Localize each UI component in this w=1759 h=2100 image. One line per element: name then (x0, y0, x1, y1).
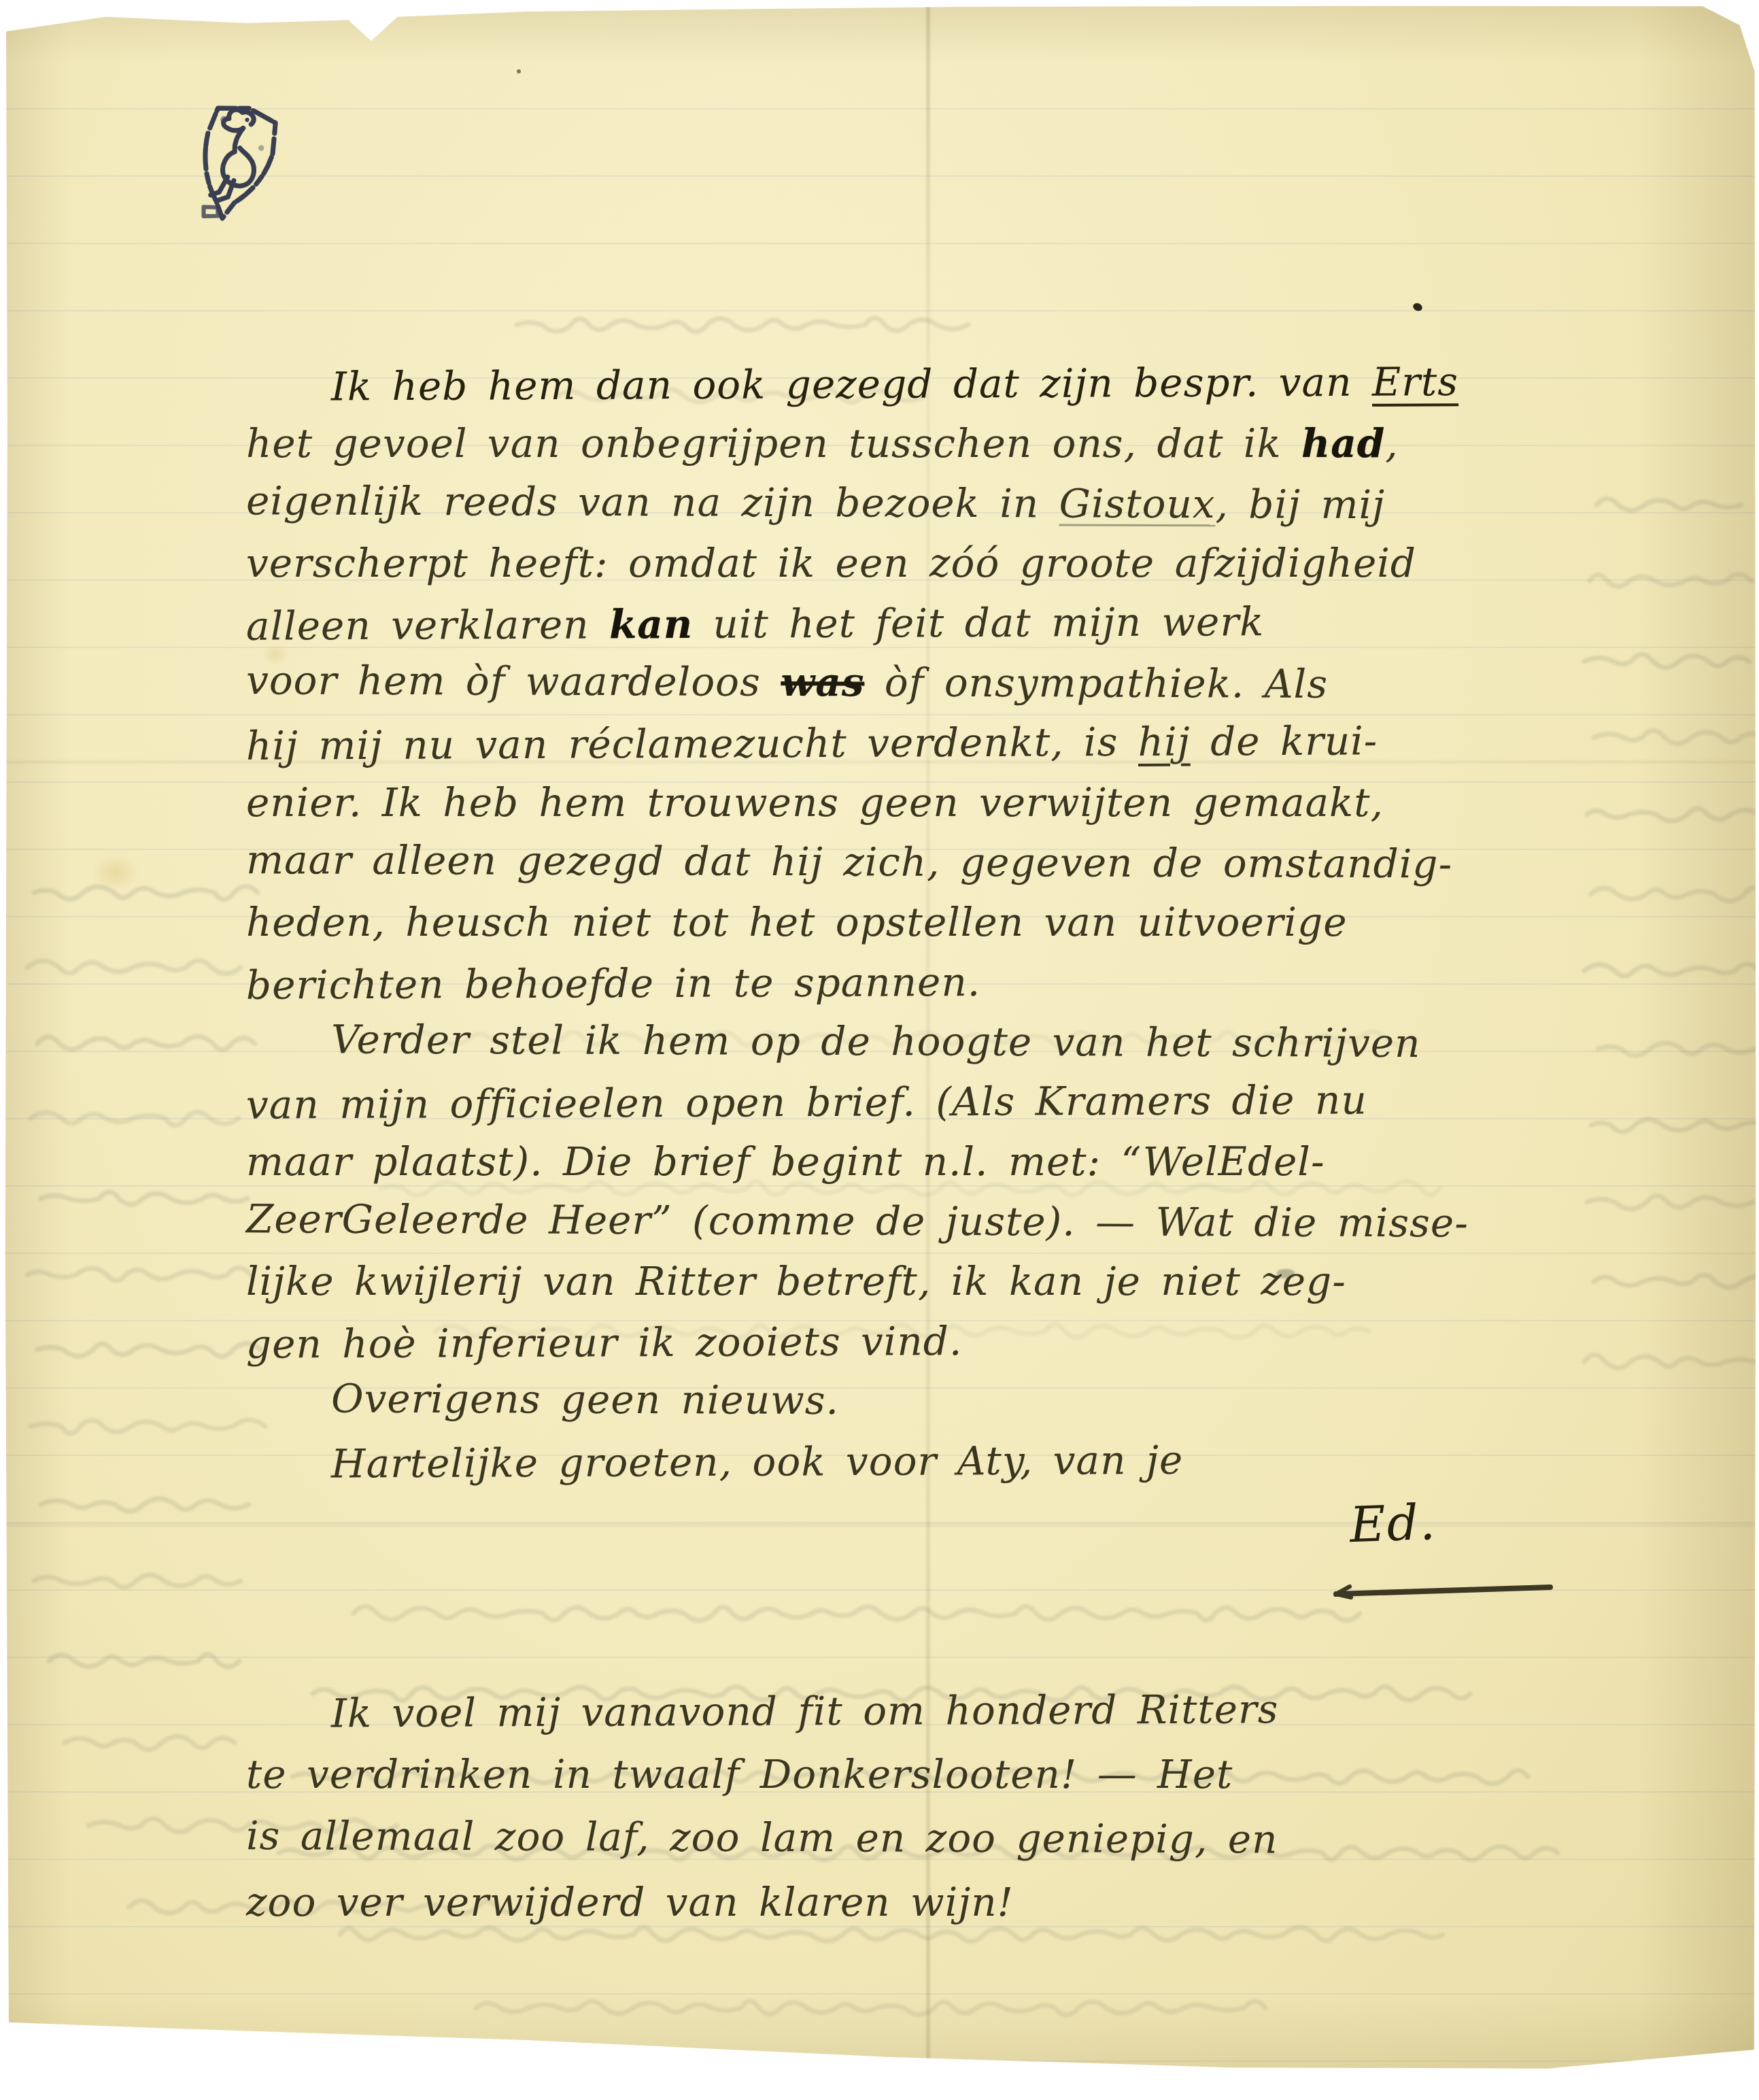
letter-line: hij mij nu van réclamezucht verdenkt, is… (246, 709, 1701, 775)
letter-text: maar alleen gezegd dat hij zich, gegeven… (246, 836, 1452, 887)
ink-bleedthrough-fragment (31, 1103, 235, 1140)
letter-text: Hartelijke groeten, ook voor Aty, van je (331, 1437, 1183, 1487)
ink-speck (1412, 302, 1423, 313)
letter-line: Overigens geen nieuws. (331, 1368, 1701, 1433)
letter-text: Ik heb hem dan ook gezegd dat zijn bespr… (331, 359, 1372, 410)
ink-bleedthrough-fragment (41, 1183, 231, 1221)
letter-text: Verder stel ik hem op de hoogte van het … (331, 1016, 1421, 1066)
emphasized-word: kan (609, 601, 693, 648)
signature-underline (1329, 1582, 1560, 1602)
letter-text: òf onsympathiek. Als (864, 659, 1328, 707)
ink-bleedthrough-fragment (31, 1411, 235, 1449)
letter-line: berichten behoefde in te spannen. (246, 949, 1701, 1015)
letter-line: alleen verklaren kan uit het feit dat mi… (246, 590, 1701, 656)
ink-bleedthrough-fragment (34, 1565, 238, 1603)
letter-postscript: Ik voel mij vanavond fit om honderd Ritt… (246, 1678, 1701, 1934)
letter-text: berichten behoefde in te spannen. (246, 959, 980, 1009)
letter-text: de krui- (1191, 717, 1378, 764)
letter-text: Overigens geen nieuws. (331, 1375, 839, 1423)
letter-text: uit het feit dat mijn werk (693, 598, 1265, 647)
letter-text: zoo ver verwijderd van klaren wijn! (246, 1879, 1014, 1925)
ink-bleedthrough-fragment (27, 1259, 231, 1297)
scanned-letter-page: { "letter": { "stamp": { "icon": "dodo-s… (0, 0, 1759, 2100)
letter-text: ZeerGeleerde Heer” (comme de juste). — W… (246, 1196, 1469, 1246)
letter-line: Ik voel mij vanavond fit om honderd Ritt… (331, 1676, 1701, 1746)
emphasized-word: Erts (1372, 358, 1458, 405)
ink-bleedthrough-fragment (41, 1489, 231, 1527)
letter-line: Hartelijke groeten, ook voor Aty, van je (331, 1428, 1701, 1494)
letter-line: is allemaal zoo laf, zoo lam en zoo geni… (246, 1803, 1701, 1872)
letter-line: te verdrinken in twaalf Donkerslooten! —… (246, 1742, 1701, 1806)
letter-line: maar alleen gezegd dat hij zich, gegeven… (246, 830, 1701, 894)
emphasized-word: Gistoux (1059, 480, 1216, 527)
letter-text: gen hoè inferieur ik zooiets vind. (246, 1318, 963, 1368)
letter-line: enier. Ik heb hem trouwens geen verwijte… (246, 773, 1701, 832)
letter-line: eigenlijk reeds van na zijn bezoek in Gi… (246, 471, 1701, 535)
letter-text: het gevoel van onbegrijpen tusschen ons,… (246, 420, 1301, 467)
emphasized-word: had (1301, 420, 1385, 467)
ink-speck (517, 69, 521, 73)
letter-line: Ik heb hem dan ook gezegd dat zijn bespr… (331, 351, 1701, 417)
letter-line: van mijn officieelen open brief. (Als Kr… (246, 1068, 1701, 1134)
letter-text: verscherpt heeft: omdat ik een zóó groot… (246, 540, 1416, 586)
ink-bleedthrough-fragment (37, 1334, 235, 1372)
letter-text: is allemaal zoo laf, zoo lam en zoo geni… (246, 1812, 1278, 1862)
letter-text: Ik voel mij vanavond fit om honderd Ritt… (331, 1686, 1279, 1736)
letter-text: alleen verklaren (246, 601, 609, 649)
paper-stain (92, 853, 139, 891)
letter-text: maar plaatst). Die brief begint n.l. met… (246, 1138, 1325, 1185)
letter-text: van mijn officieelen open brief. (Als Kr… (246, 1077, 1367, 1128)
letter-text: voor hem òf waardeloos (246, 657, 781, 705)
letter-line: het gevoel van onbegrijpen tusschen ons,… (246, 413, 1701, 473)
emphasized-word: was (781, 659, 864, 705)
ink-bleedthrough-fragment (34, 877, 238, 915)
ink-bleedthrough-fragment (65, 1727, 228, 1765)
signature: Ed. (1349, 1493, 1437, 1553)
letter-text: , bij mij (1215, 481, 1385, 528)
letter-line: maar plaatst). Die brief begint n.l. met… (246, 1132, 1701, 1191)
letter-text: heden, heusch niet tot het opstellen van… (246, 899, 1348, 945)
ink-bleedthrough-fragment (37, 1028, 236, 1066)
letter-text: hij mij nu van réclamezucht verdenkt, is (246, 719, 1138, 769)
letter-text: enier. Ik heb hem trouwens geen verwijte… (246, 779, 1384, 826)
letter-text: , (1385, 420, 1398, 467)
letter-line: zoo ver verwijderd van klaren wijn! (246, 1870, 1701, 1934)
ink-bleedthrough-fragment (517, 309, 952, 347)
ink-bleedthrough-fragment (49, 1646, 226, 1683)
letter-line: Verder stel ik hem op de hoogte van het … (331, 1009, 1701, 1074)
emphasized-word: hij (1138, 719, 1191, 765)
letter-line: ZeerGeleerde Heer” (comme de juste). — W… (246, 1189, 1701, 1253)
letter-line: voor hem òf waardeloos was òf onsympathi… (246, 650, 1701, 715)
letter-line: verscherpt heeft: omdat ik een zóó groot… (246, 533, 1701, 593)
dodo-shield-stamp-icon (178, 92, 296, 245)
letter-line: lijke kwijlerij van Ritter betreft, ik k… (246, 1251, 1701, 1311)
letter-text: eigenlijk reeds van na zijn bezoek in (246, 477, 1059, 526)
ink-bleedthrough-fragment (476, 1993, 1258, 2030)
ink-bleedthrough-fragment (354, 1598, 1360, 1636)
letter-body: Ik heb hem dan ook gezegd dat zijn bespr… (246, 354, 1701, 1491)
letter-paper: Ik heb hem dan ook gezegd dat zijn bespr… (0, 0, 1759, 2100)
letter-line: heden, heusch niet tot het opstellen van… (246, 892, 1701, 952)
letter-line: gen hoè inferieur ik zooiets vind. (246, 1308, 1701, 1374)
letter-text: te verdrinken in twaalf Donkerslooten! —… (246, 1751, 1233, 1797)
signature-block: Ed. (1350, 1495, 1437, 1552)
ink-bleedthrough-fragment (27, 952, 238, 989)
letter-text: lijke kwijlerij van Ritter betreft, ik k… (246, 1258, 1346, 1304)
horizontal-fold-crease (0, 1523, 1759, 1527)
